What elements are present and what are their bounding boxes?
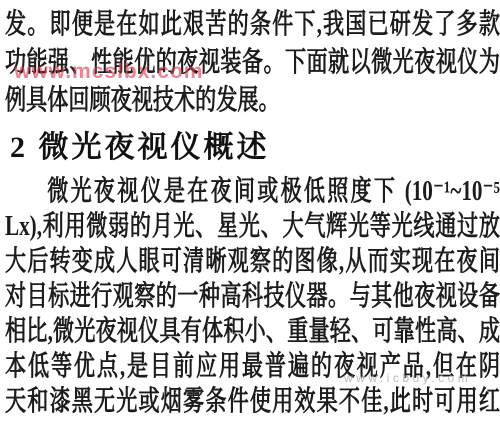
text-line: Lx),利用微弱的月光、星光、大气辉光等光线通过放 — [5, 209, 500, 244]
text-line: 相比,微光夜视仪具有体积小、重量轻、可靠性高、成 — [5, 314, 500, 349]
text-line: 微光夜视仪是在夜间或极低照度下 (10⁻¹~10⁻⁵ — [5, 174, 500, 209]
text-line: 对目标进行观察的一种高科技仪器。与其他夜视设备 — [5, 279, 500, 314]
document-page: 发。即便是在如此艰苦的条件下,我国已研发了多款 功能强、性能优的夜视装备。下面就… — [0, 0, 500, 421]
text-line: 大后转变成人眼可清晰观察的图像,从而实现在夜间 — [5, 244, 500, 279]
text-line: 发。即便是在如此艰苦的条件下,我国已研发了多款 — [5, 6, 500, 44]
gray-site-watermark: www.icbuy.com — [344, 371, 471, 385]
section-heading: 2 微光夜视仪概述 — [10, 128, 500, 168]
red-site-watermark: www.mcslbx.com — [14, 60, 239, 84]
text-line: 例具体回顾夜视技术的发展。 — [5, 82, 500, 120]
text-line: 天和漆黑无光或烟雾条件使用效果不佳,此时可用红 — [5, 384, 500, 419]
